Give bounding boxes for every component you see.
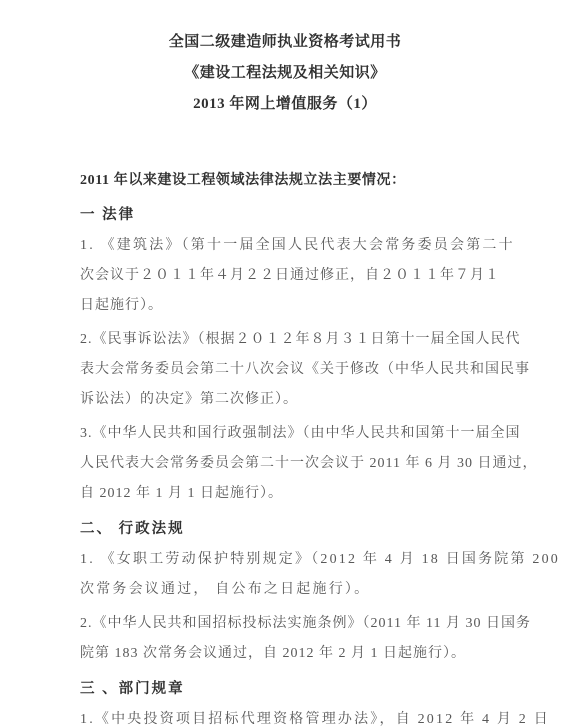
section-laws: 一 法律 1. 《建筑法》（第十一届全国人民代表大会常务委员会第二十 次会议于２… [80, 199, 502, 509]
paragraph: 1. 《建筑法》（第十一届全国人民代表大会常务委员会第二十 次会议于２０１１年４… [80, 231, 502, 321]
document-title-line: 全国二级建造师执业资格考试用书 [0, 27, 570, 58]
doc-line: 3.《中华人民共和国行政强制法》（由中华人民共和国第十一届全国 [80, 419, 502, 449]
document-body: 2011 年以来建设工程领域法律法规立法主要情况： 一 法律 1. 《建筑法》（… [80, 164, 502, 728]
doc-line: 院第 183 次常务会议通过，自 2012 年 2 月 1 日起施行）。 [80, 639, 502, 669]
paragraph: 3.《中华人民共和国行政强制法》（由中华人民共和国第十一届全国 人民代表大会常务… [80, 419, 502, 509]
doc-line: 自 2012 年 1 月 1 日起施行）。 [80, 479, 502, 509]
intro-line: 2011 年以来建设工程领域法律法规立法主要情况： [80, 164, 502, 197]
doc-line: 1. 《女职工劳动保护特别规定》（2012 年 4 月 18 日国务院第 200 [80, 545, 502, 575]
paragraph: 1. 《女职工劳动保护特别规定》（2012 年 4 月 18 日国务院第 200… [80, 545, 502, 605]
doc-line: 人民代表大会常务委员会第二十一次会议于 2011 年 6 月 30 日通过， [80, 449, 502, 479]
doc-line: 1. 《建筑法》（第十一届全国人民代表大会常务委员会第二十 [80, 231, 502, 261]
document-subtitle-line: 《建设工程法规及相关知识》 [0, 58, 570, 89]
doc-line: 日起施行）。 [80, 291, 502, 321]
document-page: 全国二级建造师执业资格考试用书 《建设工程法规及相关知识》 2013 年网上增值… [0, 0, 570, 728]
doc-line: 2.《中华人民共和国招标投标法实施条例》（2011 年 11 月 30 日国务 [80, 609, 502, 639]
doc-line: 表大会常务委员会第二十八次会议《关于修改（中华人民共和国民事 [80, 355, 502, 385]
section-administrative-regulations: 二、 行政法规 1. 《女职工劳动保护特别规定》（2012 年 4 月 18 日… [80, 513, 502, 669]
paragraph: 2.《民事诉讼法》（根据２０１２年８月３１日第十一届全国人民代 表大会常务委员会… [80, 325, 502, 415]
section-departmental-rules: 三 、部门规章 1.《中央投资项目招标代理资格管理办法》，自 2012 年 4 … [80, 673, 502, 728]
doc-line: 诉讼法）的决定》第二次修正）。 [80, 385, 502, 415]
section-heading-departmental-rules: 三 、部门规章 [80, 673, 502, 705]
document-service-line: 2013 年网上增值服务（1） [0, 89, 570, 120]
section-heading-laws: 一 法律 [80, 199, 502, 231]
doc-line: 次常务会议通过， 自公布之日起施行）。 [80, 575, 502, 605]
doc-line: 次会议于２０１１年４月２２日通过修正，自２０１１年７月１ [80, 261, 502, 291]
paragraph: 1.《中央投资项目招标代理资格管理办法》，自 2012 年 4 月 2 日 [80, 705, 502, 728]
section-heading-administrative-regulations: 二、 行政法规 [80, 513, 502, 545]
doc-line: 2.《民事诉讼法》（根据２０１２年８月３１日第十一届全国人民代 [80, 325, 502, 355]
title-block: 全国二级建造师执业资格考试用书 《建设工程法规及相关知识》 2013 年网上增值… [0, 0, 570, 120]
doc-line: 1.《中央投资项目招标代理资格管理办法》，自 2012 年 4 月 2 日 [80, 705, 502, 728]
paragraph: 2.《中华人民共和国招标投标法实施条例》（2011 年 11 月 30 日国务 … [80, 609, 502, 669]
